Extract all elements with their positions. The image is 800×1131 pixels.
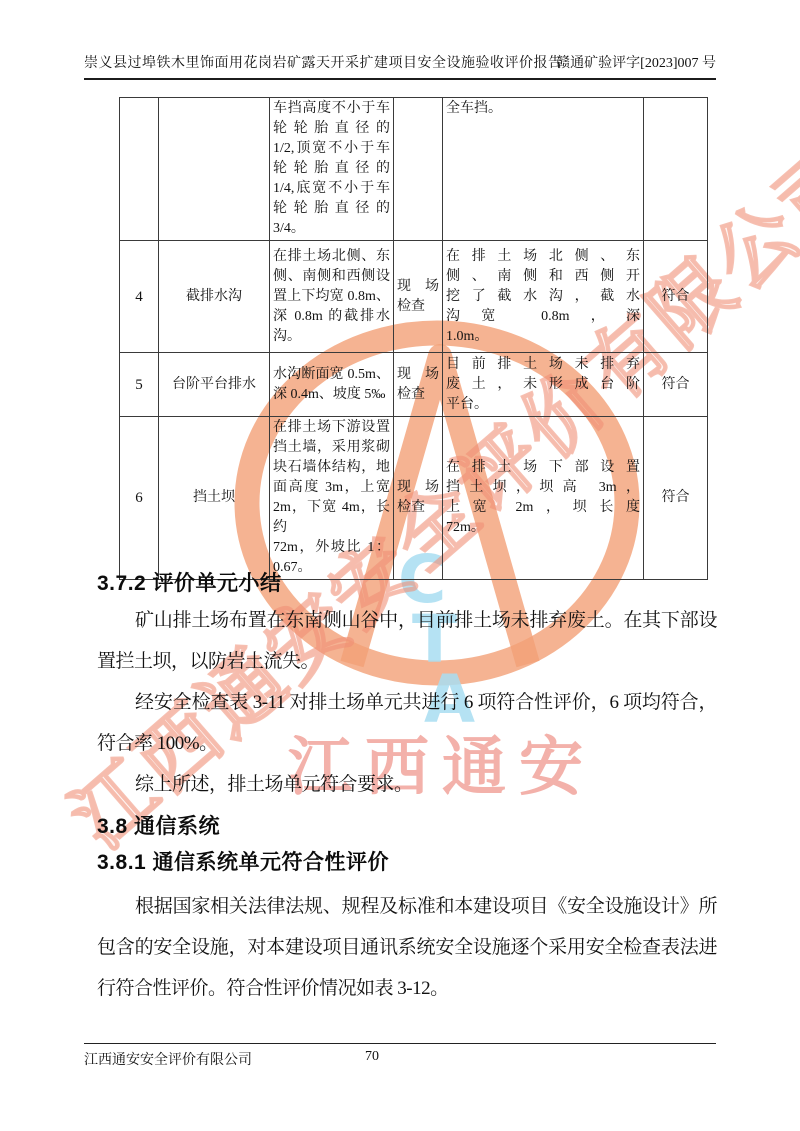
cell-standard: 在排土场北侧、东侧、南侧和西侧设置上下均宽 0.8m、深 0.8m 的截排水沟。 bbox=[270, 241, 394, 353]
paragraph: 矿山排土场布置在东南侧山谷中，目前排土场未排弃废土。在其下部设置拦土坝，以防岩土… bbox=[97, 600, 717, 682]
cell-standard: 水沟断面宽 0.5m、深 0.4m、坡度 5‰ bbox=[270, 353, 394, 417]
table-row: 车挡高度不小于车轮轮胎直径的1/2,顶宽不小于车轮轮胎直径的1/4,底宽不小于车… bbox=[120, 98, 708, 241]
cell-name bbox=[159, 98, 270, 241]
footer-page-number: 70 bbox=[332, 1049, 412, 1065]
cell-actual: 目前排土场未排弃废土，未形成台阶平台。 bbox=[443, 353, 644, 417]
cell-no: 4 bbox=[120, 241, 159, 353]
cell-name: 挡土坝 bbox=[159, 417, 270, 580]
header-report-title: 崇义县过埠铁木里饰面用花岗岩矿露天开采扩建项目安全设施验收评价报告 bbox=[84, 52, 563, 72]
paragraph: 经安全检查表 3-11 对排土场单元共进行 6 项符合性评价，6 项均符合，符合… bbox=[97, 682, 717, 764]
cell-method: 现 场检查 bbox=[394, 353, 443, 417]
cell-no: 5 bbox=[120, 353, 159, 417]
cell-standard: 在排土场下游设置挡土墙，采用浆砌块石墙体结构，地面高度 3m，上宽2m，下宽 4… bbox=[270, 417, 394, 580]
header-doc-number: 赣通矿验评字[2023]007 号 bbox=[556, 52, 716, 72]
cell-method bbox=[394, 98, 443, 241]
cell-method: 现 场检查 bbox=[394, 417, 443, 580]
header-rule bbox=[84, 78, 716, 80]
section-3-8-1-body: 根据国家相关法律法规、规程及标准和本建设项目《安全设施设计》所包含的安全设施，对… bbox=[97, 886, 717, 1009]
footer-rule bbox=[84, 1043, 716, 1044]
cell-method: 现 场检查 bbox=[394, 241, 443, 353]
paragraph: 根据国家相关法律法规、规程及标准和本建设项目《安全设施设计》所包含的安全设施，对… bbox=[97, 886, 717, 1009]
table-row: 6 挡土坝 在排土场下游设置挡土墙，采用浆砌块石墙体结构，地面高度 3m，上宽2… bbox=[120, 417, 708, 580]
section-3-7-2-body: 矿山排土场布置在东南侧山谷中，目前排土场未排弃废土。在其下部设置拦土坝，以防岩土… bbox=[97, 600, 717, 805]
table-row: 4 截排水沟 在排土场北侧、东侧、南侧和西侧设置上下均宽 0.8m、深 0.8m… bbox=[120, 241, 708, 353]
cell-name: 截排水沟 bbox=[159, 241, 270, 353]
paragraph: 综上所述，排土场单元符合要求。 bbox=[97, 764, 717, 805]
cell-actual: 在排土场下部设置挡土坝，坝高 3m，上宽 2m，坝长度72m。 bbox=[443, 417, 644, 580]
cell-result: 符合 bbox=[644, 353, 708, 417]
cell-actual: 在排土场北侧、东侧、南侧和西侧开挖了截水沟，截水沟宽 0.8m，深1.0m。 bbox=[443, 241, 644, 353]
table-row: 5 台阶平台排水 水沟断面宽 0.5m、深 0.4m、坡度 5‰ 现 场检查 目… bbox=[120, 353, 708, 417]
cell-result: 符合 bbox=[644, 417, 708, 580]
cell-name: 台阶平台排水 bbox=[159, 353, 270, 417]
section-heading-3-7-2: 3.7.2 评价单元小结 bbox=[97, 570, 282, 598]
section-heading-3-8-1: 3.8.1 通信系统单元符合性评价 bbox=[97, 849, 389, 877]
cell-result: 符合 bbox=[644, 241, 708, 353]
cell-standard: 车挡高度不小于车轮轮胎直径的1/2,顶宽不小于车轮轮胎直径的1/4,底宽不小于车… bbox=[270, 98, 394, 241]
cell-result bbox=[644, 98, 708, 241]
cell-no bbox=[120, 98, 159, 241]
cell-no: 6 bbox=[120, 417, 159, 580]
document-page: C T A 江西通安安全评价有限公司 江西通安 崇义县过埠铁木里饰面用花岗岩矿露… bbox=[0, 0, 800, 1131]
page-content: 崇义县过埠铁木里饰面用花岗岩矿露天开采扩建项目安全设施验收评价报告 赣通矿验评字… bbox=[0, 0, 800, 1131]
section-heading-3-8: 3.8 通信系统 bbox=[97, 813, 220, 841]
evaluation-table: 车挡高度不小于车轮轮胎直径的1/2,顶宽不小于车轮轮胎直径的1/4,底宽不小于车… bbox=[119, 97, 708, 580]
footer-company-name: 江西通安安全评价有限公司 bbox=[84, 1049, 252, 1069]
cell-actual: 全车挡。 bbox=[443, 98, 644, 241]
